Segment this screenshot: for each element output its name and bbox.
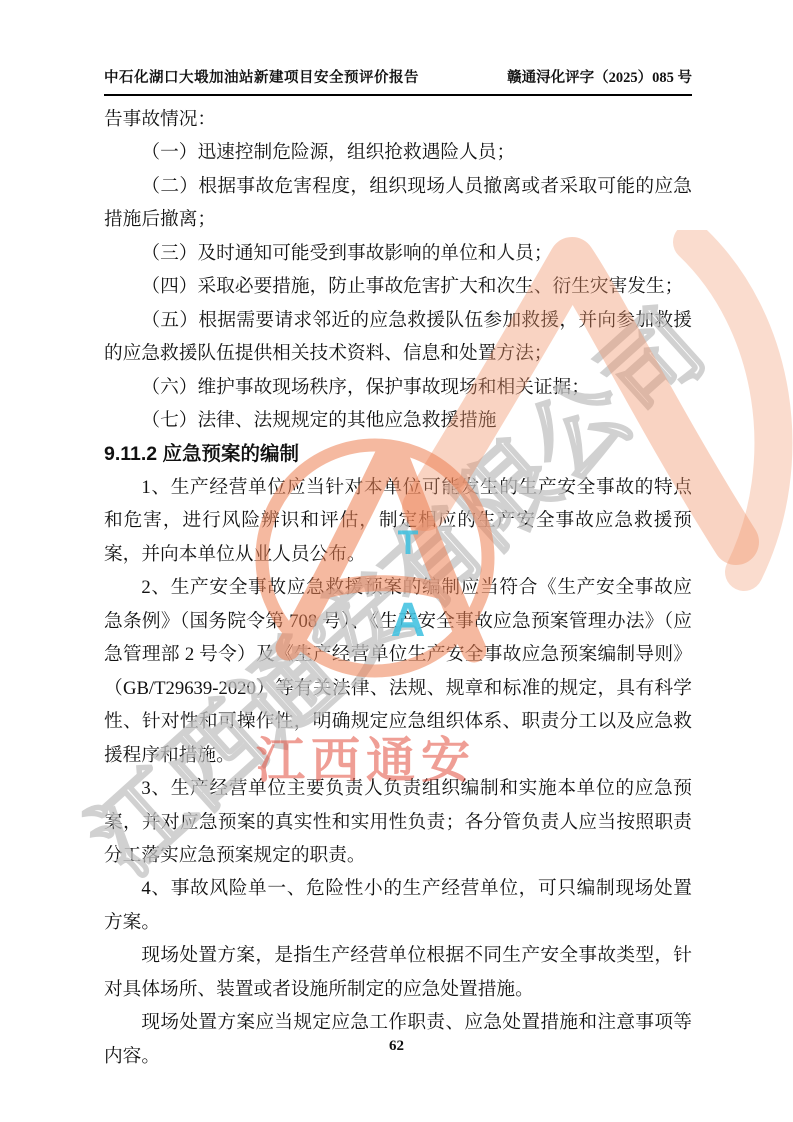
big-ring-arc	[692, 242, 773, 572]
page-header: 中石化湖口大塅加油站新建项目安全预评价报告 赣通浔化评字（2025）085 号	[104, 66, 692, 96]
report-title: 中石化湖口大塅加油站新建项目安全预评价报告	[104, 66, 419, 87]
paragraph: （四）采取必要措施，防止事故危害扩大和次生、衍生灾害发生；	[104, 270, 692, 303]
paragraph: 4、事故风险单一、危险性小的生产经营单位，可只编制现场处置方案。	[104, 872, 692, 939]
paragraph: 3、生产经营单位主要负责人负责组织编制和实施本单位的应急预案，并对应急预案的真实…	[104, 772, 692, 872]
paragraph: 告事故情况：	[104, 103, 692, 136]
document-page: 中石化湖口大塅加油站新建项目安全预评价报告 赣通浔化评字（2025）085 号 …	[0, 0, 793, 1122]
paragraph: （三）及时通知可能受到事故影响的单位和人员；	[104, 237, 692, 270]
paragraph: （一）迅速控制危险源，组织抢救遇险人员；	[104, 136, 692, 169]
paragraph: （六）维护事故现场秩序，保护事故现场和相关证据；	[104, 371, 692, 404]
paragraph: 9.11.2 应急预案的编制	[104, 438, 692, 471]
page-number: 62	[0, 1038, 793, 1055]
paragraph: （二）根据事故危害程度，组织现场人员撤离或者采取可能的应急措施后撤离；	[104, 170, 692, 237]
body-text: 告事故情况： （一）迅速控制危险源，组织抢救遇险人员； （二）根据事故危害程度，…	[104, 103, 692, 1073]
paragraph: 1、生产经营单位应当针对本单位可能发生的生产安全事故的特点和危害，进行风险辨识和…	[104, 471, 692, 571]
paragraph: 现场处置方案，是指生产经营单位根据不同生产安全事故类型，针对具体场所、装置或者设…	[104, 939, 692, 1006]
paragraph: 2、生产安全事故应急救援预案的编制应当符合《生产安全事故应急条例》（国务院令第 …	[104, 571, 692, 772]
doc-number: 赣通浔化评字（2025）085 号	[507, 66, 692, 87]
paragraph: （七）法律、法规规定的其他应急救援措施	[104, 404, 692, 437]
paragraph: （五）根据需要请求邻近的应急救援队伍参加救援，并向参加救援的应急救援队伍提供相关…	[104, 304, 692, 371]
